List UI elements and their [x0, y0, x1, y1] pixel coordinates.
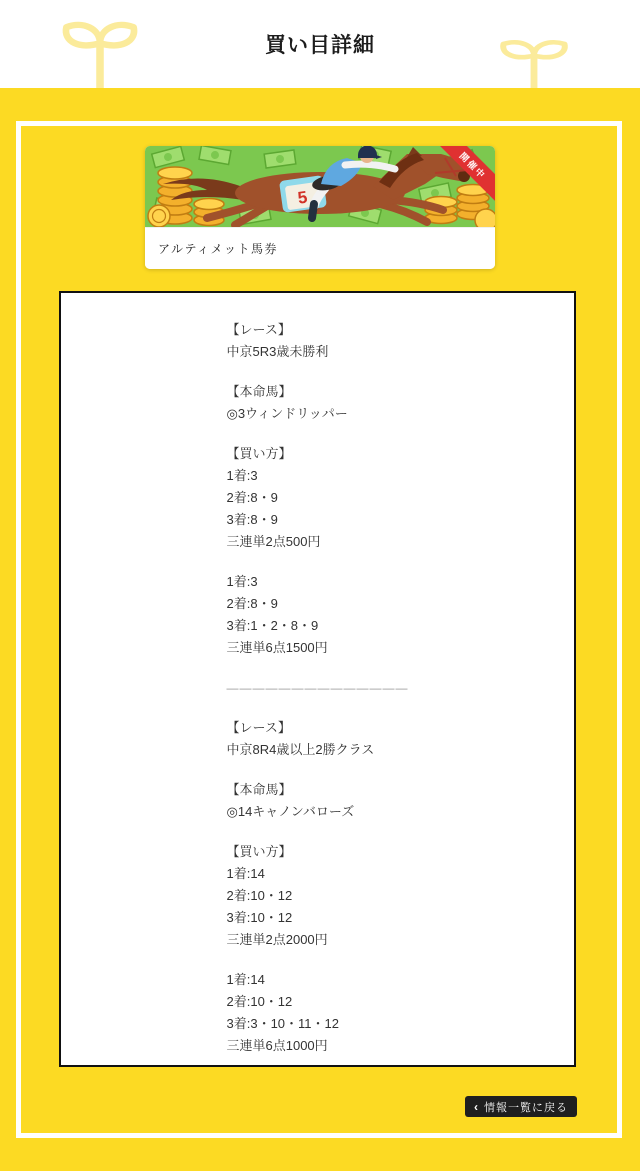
detail-line: 1着:3 [227, 571, 409, 593]
detail-line: ◎14キャノンバローズ [227, 801, 409, 823]
detail-line: 三連単6点1500円 [227, 637, 409, 659]
detail-line: ◎3ウィンドリッパー [227, 403, 409, 425]
detail-line: 2着:8・9 [227, 593, 409, 615]
detail-line: 三連単2点2000円 [227, 929, 409, 951]
detail-line: 1着:14 [227, 969, 409, 991]
sprout-icon [58, 8, 142, 88]
detail-line: 2着:10・12 [227, 885, 409, 907]
detail-line: 3着:8・9 [227, 509, 409, 531]
detail-section: 【本命馬】◎14キャノンバローズ [227, 779, 409, 823]
back-button-label: 情報一覧に戻る [484, 1099, 568, 1115]
product-label: アルティメット馬券 [145, 227, 495, 269]
detail-section: 【買い方】1着:142着:10・123着:10・12三連単2点2000円 [227, 841, 409, 951]
detail-section: 1着:32着:8・93着:1・2・8・9三連単6点1500円 [227, 571, 409, 659]
betting-details-text: 【レース】中京5R3歳未勝利【本命馬】◎3ウィンドリッパー【買い方】1着:32着… [227, 319, 409, 1067]
detail-line: 3着:3・10・11・12 [227, 1013, 409, 1035]
horse-racing-banner: 5 開催中 [145, 146, 495, 227]
detail-line: 2着:10・12 [227, 991, 409, 1013]
detail-line: 【本命馬】 [227, 381, 409, 403]
betting-details-box: 【レース】中京5R3歳未勝利【本命馬】◎3ウィンドリッパー【買い方】1着:32着… [59, 291, 576, 1067]
detail-line: 中京5R3歳未勝利 [227, 341, 409, 363]
section-separator: ―――――――――――――― [227, 677, 409, 699]
detail-line: 中京8R4歳以上2勝クラス [227, 739, 409, 761]
detail-section: 【レース】中京8R4歳以上2勝クラス [227, 717, 409, 761]
detail-line: 【買い方】 [227, 443, 409, 465]
detail-section: 1着:142着:10・123着:3・10・11・12三連単6点1000円 [227, 969, 409, 1057]
detail-line: 【本命馬】 [227, 779, 409, 801]
banner-illustration: 5 [145, 146, 495, 227]
detail-line: 2着:8・9 [227, 487, 409, 509]
detail-section: 【本命馬】◎3ウィンドリッパー [227, 381, 409, 425]
detail-line: 3着:10・12 [227, 907, 409, 929]
detail-line: 1着:3 [227, 465, 409, 487]
sprout-icon [496, 30, 572, 88]
back-to-list-button[interactable]: ‹ 情報一覧に戻る [465, 1096, 577, 1117]
detail-line: 三連単6点1000円 [227, 1035, 409, 1057]
detail-line: 【レース】 [227, 717, 409, 739]
chevron-left-icon: ‹ [474, 1101, 479, 1113]
detail-section: 【買い方】1着:32着:8・93着:8・9三連単2点500円 [227, 443, 409, 553]
detail-line: 【買い方】 [227, 841, 409, 863]
page-title: 買い目詳細 [265, 29, 375, 59]
page-header: 買い目詳細 [0, 0, 640, 88]
detail-line: 1着:14 [227, 863, 409, 885]
detail-section: 【レース】中京5R3歳未勝利 [227, 319, 409, 363]
detail-line: 3着:1・2・8・9 [227, 615, 409, 637]
product-banner-card: 5 開催中 アルティメット馬券 [145, 146, 495, 269]
detail-line: 【レース】 [227, 319, 409, 341]
detail-line: 三連単2点500円 [227, 531, 409, 553]
